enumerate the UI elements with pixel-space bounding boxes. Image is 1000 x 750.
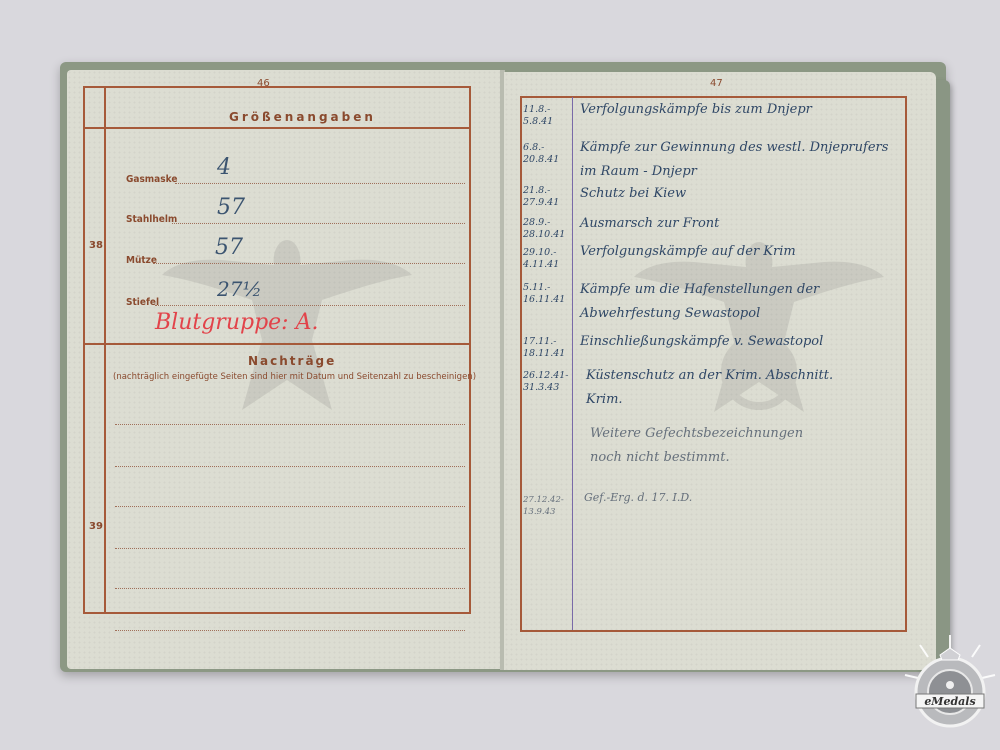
entry-date: 28.9.- 28.10.41: [523, 217, 565, 241]
dotted-line: [115, 424, 465, 425]
field-label-gasmaske: Gasmaske: [126, 174, 177, 185]
section-39-title: Nachträge: [248, 354, 336, 368]
entry-date: 6.8.- 20.8.41: [523, 142, 559, 166]
dotted-line: [115, 466, 465, 467]
dotted-line: [175, 183, 465, 184]
field-label-stiefel: Stiefel: [126, 297, 159, 308]
entry-date: 29.10.- 4.11.41: [523, 247, 559, 271]
entry-text: Verfolgungskämpfe auf der Krim: [580, 240, 796, 264]
left-page: 46 Größenangaben 38 Gasmaske 4 Stahlhelm…: [67, 70, 500, 669]
blood-group-annotation: Blutgruppe: A.: [155, 310, 318, 335]
section-38-number: 38: [89, 240, 103, 251]
section-39-number: 39: [89, 521, 103, 532]
number-column-divider: [104, 87, 106, 612]
section-38-title: Größenangaben: [229, 110, 376, 124]
dotted-line: [115, 506, 465, 507]
section-divider: [83, 343, 471, 345]
right-page: 47 11.8.- 5.8.41 Verfolgungskämpfe bis z…: [504, 72, 936, 670]
section-frame: [83, 86, 471, 614]
entry-text: Schutz bei Kiew: [580, 182, 686, 206]
entry-date: 5.11.- 16.11.41: [523, 282, 565, 306]
entry-date: 21.8.- 27.9.41: [523, 185, 559, 209]
field-value-stahlhelm: 57: [217, 195, 245, 220]
entry-text: Verfolgungskämpfe bis zum Dnjepr: [580, 98, 812, 122]
entry-text: Kämpfe um die Hafenstellungen der Abwehr…: [580, 278, 819, 326]
dotted-line: [153, 263, 465, 264]
entry-text: Ausmarsch zur Front: [580, 212, 719, 236]
dotted-line: [155, 305, 465, 306]
emedals-seal-logo: eMedals: [900, 630, 1000, 750]
entry-text-pencil: Gef.-Erg. d. 17. I.D.: [584, 486, 692, 510]
entry-text: Kämpfe zur Gewinnung des westl. Dnjepruf…: [580, 136, 888, 184]
entry-date: 26.12.41- 31.3.43: [523, 370, 569, 394]
field-value-gasmaske: 4: [217, 155, 231, 180]
field-value-muetze: 57: [215, 235, 243, 260]
dotted-line: [115, 548, 465, 549]
date-column-margin-line: [572, 97, 573, 630]
entry-date: 11.8.- 5.8.41: [523, 104, 553, 128]
field-value-stiefel: 27½: [217, 277, 262, 301]
section-39-subtitle: (nachträglich eingefügte Seiten sind hie…: [113, 372, 476, 382]
field-label-stahlhelm: Stahlhelm: [126, 214, 177, 225]
entry-text: Einschließungskämpfe v. Sewastopol: [580, 330, 823, 354]
dotted-line: [172, 223, 465, 224]
entry-text: Küstenschutz an der Krim. Abschnitt. Kri…: [586, 364, 833, 412]
emedals-brand-text: eMedals: [924, 695, 975, 708]
entry-text-pencil: Weitere Gefechtsbezeichnungen noch nicht…: [590, 422, 803, 470]
title-divider: [83, 127, 471, 129]
field-label-muetze: Mütze: [126, 255, 157, 266]
page-number-right: 47: [710, 78, 723, 89]
dotted-line: [115, 630, 465, 631]
entry-date: 17.11.- 18.11.41: [523, 336, 565, 360]
entry-date-pencil: 27.12.42- 13.9.43: [523, 494, 564, 518]
dotted-line: [115, 588, 465, 589]
